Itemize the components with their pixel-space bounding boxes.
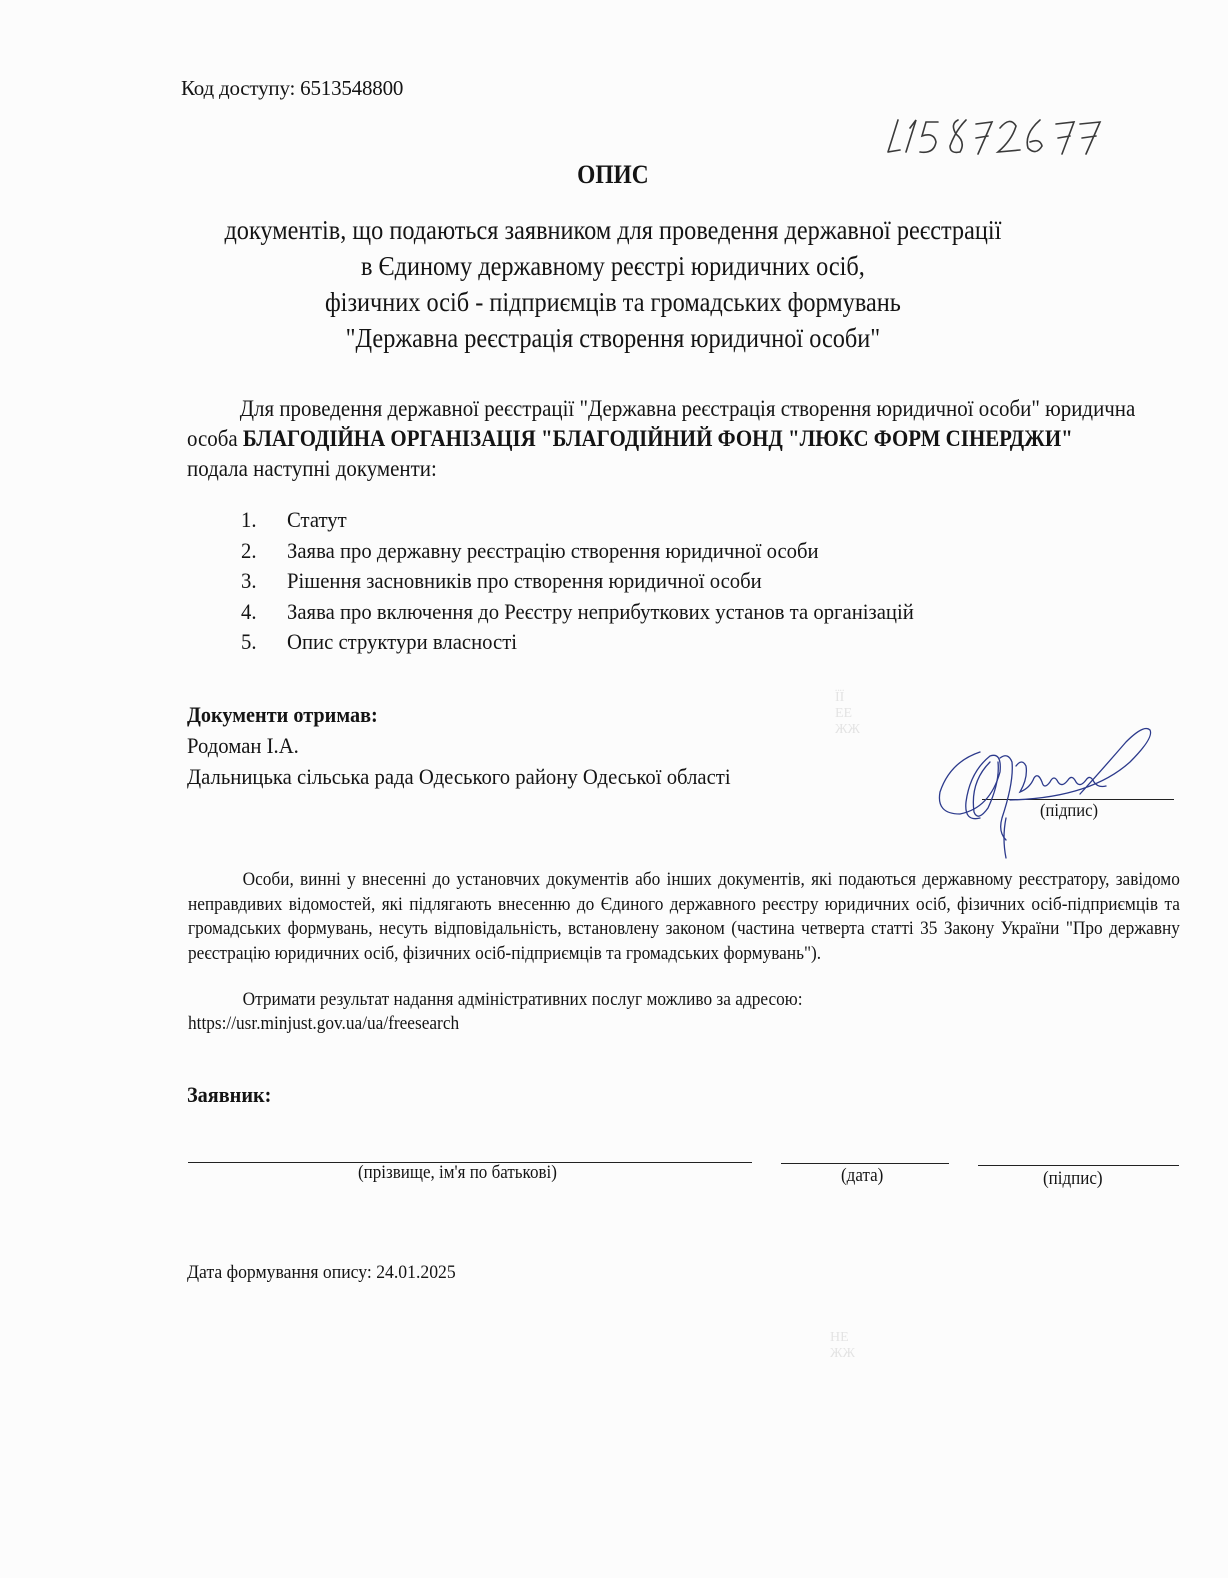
list-number: 5. bbox=[241, 627, 287, 658]
document-page: ЇЇЕЕЖЖ НЕЖЖ Код доступу: 6513548800 ОПИС… bbox=[0, 0, 1228, 1578]
applicant-name-label: (прізвище, ім'я по батькові) bbox=[358, 1163, 557, 1184]
applicant-date-label: (дата) bbox=[841, 1166, 883, 1187]
intro-paragraph: Для проведення державної реєстрації "Дер… bbox=[187, 394, 1138, 484]
applicant-heading: Заявник: bbox=[187, 1082, 271, 1108]
list-number: 4. bbox=[241, 597, 287, 628]
bleed-through-mark: ЇЇЕЕЖЖ bbox=[835, 690, 860, 738]
receiver-name: Родоман І.А. bbox=[187, 733, 299, 759]
access-code: Код доступу: 6513548800 bbox=[181, 76, 403, 101]
subtitle-line: документів, що подаються заявником для п… bbox=[0, 212, 1226, 248]
list-number: 3. bbox=[241, 566, 287, 597]
document-label: Заява про включення до Реєстру неприбутк… bbox=[287, 599, 914, 624]
applicant-date-line bbox=[781, 1163, 949, 1164]
warning-text: Особи, винні у внесенні до установчих до… bbox=[188, 869, 1180, 964]
document-label: Рішення засновників про створення юридич… bbox=[287, 568, 762, 593]
applicant-signature-label: (підпис) bbox=[1043, 1169, 1103, 1190]
formation-date: Дата формування опису: 24.01.2025 bbox=[187, 1262, 456, 1284]
applicant-signature-line bbox=[978, 1165, 1179, 1166]
result-text: Отримати результат надання адміністратив… bbox=[243, 989, 803, 1010]
received-by-heading: Документи отримав: bbox=[187, 702, 378, 728]
subtitle-line: фізичних осіб - підприємців та громадськ… bbox=[0, 284, 1226, 320]
receiver-organization: Дальницька сільська рада Одеського район… bbox=[187, 764, 731, 790]
list-item: 5.Опис структури власності bbox=[241, 627, 914, 658]
document-subtitle: документів, що подаються заявником для п… bbox=[0, 212, 1226, 356]
list-item: 1.Статут bbox=[241, 505, 914, 536]
handwritten-signature bbox=[930, 722, 1170, 862]
document-label: Заява про державну реєстрацію створення … bbox=[287, 538, 819, 563]
liability-warning: Особи, винні у внесенні до установчих до… bbox=[188, 868, 1180, 966]
result-info: Отримати результат надання адміністратив… bbox=[188, 988, 803, 1036]
subtitle-line: "Державна реєстрація створення юридичної… bbox=[0, 320, 1226, 356]
list-item: 2.Заява про державну реєстрацію створенн… bbox=[241, 536, 914, 567]
submitted-documents-list: 1.Статут 2.Заява про державну реєстрацію… bbox=[241, 505, 914, 658]
organization-name: БЛАГОДІЙНА ОРГАНІЗАЦІЯ "БЛАГОДІЙНИЙ ФОНД… bbox=[243, 426, 1073, 451]
bleed-through-mark: НЕЖЖ bbox=[830, 1330, 855, 1362]
document-label: Опис структури власності bbox=[287, 629, 517, 654]
list-item: 4.Заява про включення до Реєстру неприбу… bbox=[241, 597, 914, 628]
subtitle-line: в Єдиному державному реєстрі юридичних о… bbox=[0, 248, 1226, 284]
document-label: Статут bbox=[287, 507, 347, 532]
intro-text-end: подала наступні документи: bbox=[187, 456, 437, 481]
result-url[interactable]: https://usr.minjust.gov.ua/ua/freesearch bbox=[188, 1012, 803, 1036]
list-number: 2. bbox=[241, 536, 287, 567]
list-item: 3.Рішення засновників про створення юрид… bbox=[241, 566, 914, 597]
document-title: ОПИС bbox=[0, 160, 1226, 190]
list-number: 1. bbox=[241, 505, 287, 536]
